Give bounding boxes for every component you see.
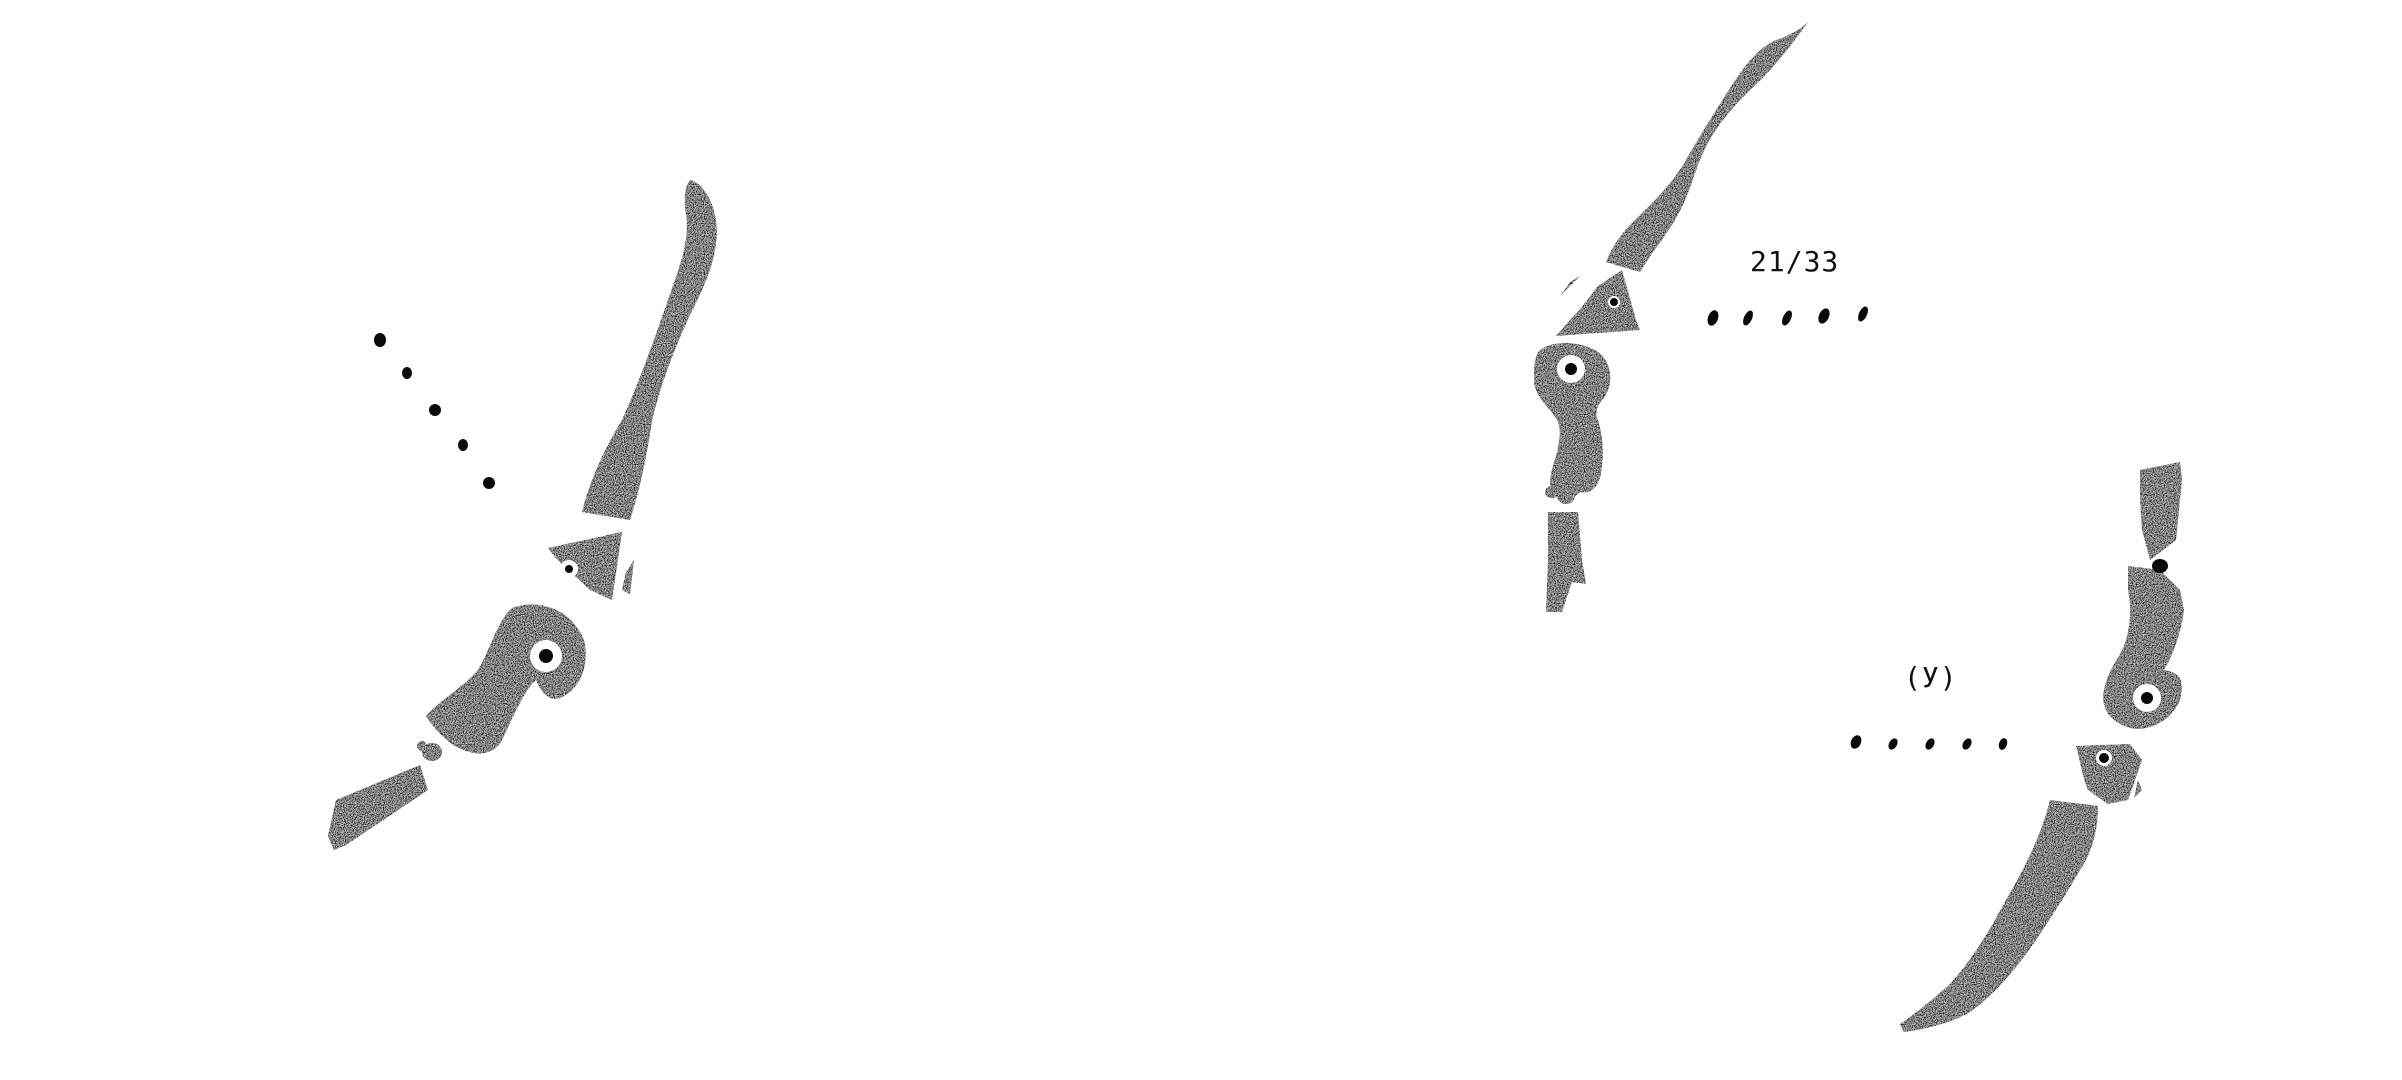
ink-print-artwork <box>0 0 2402 1080</box>
page-counter-label: 21/33 <box>1750 248 1839 276</box>
left-dot-trail <box>374 333 495 489</box>
top-right-limb-figure <box>1534 22 1808 612</box>
left-limb-figure <box>328 180 717 850</box>
bottom-right-limb-figure <box>1900 462 2184 1032</box>
variant-label: (У) <box>1904 664 1958 692</box>
bottom-right-dot-trail <box>1849 734 2009 752</box>
artwork-canvas: 21/33 (У) <box>0 0 2402 1080</box>
top-right-dot-trail <box>1706 305 1870 327</box>
